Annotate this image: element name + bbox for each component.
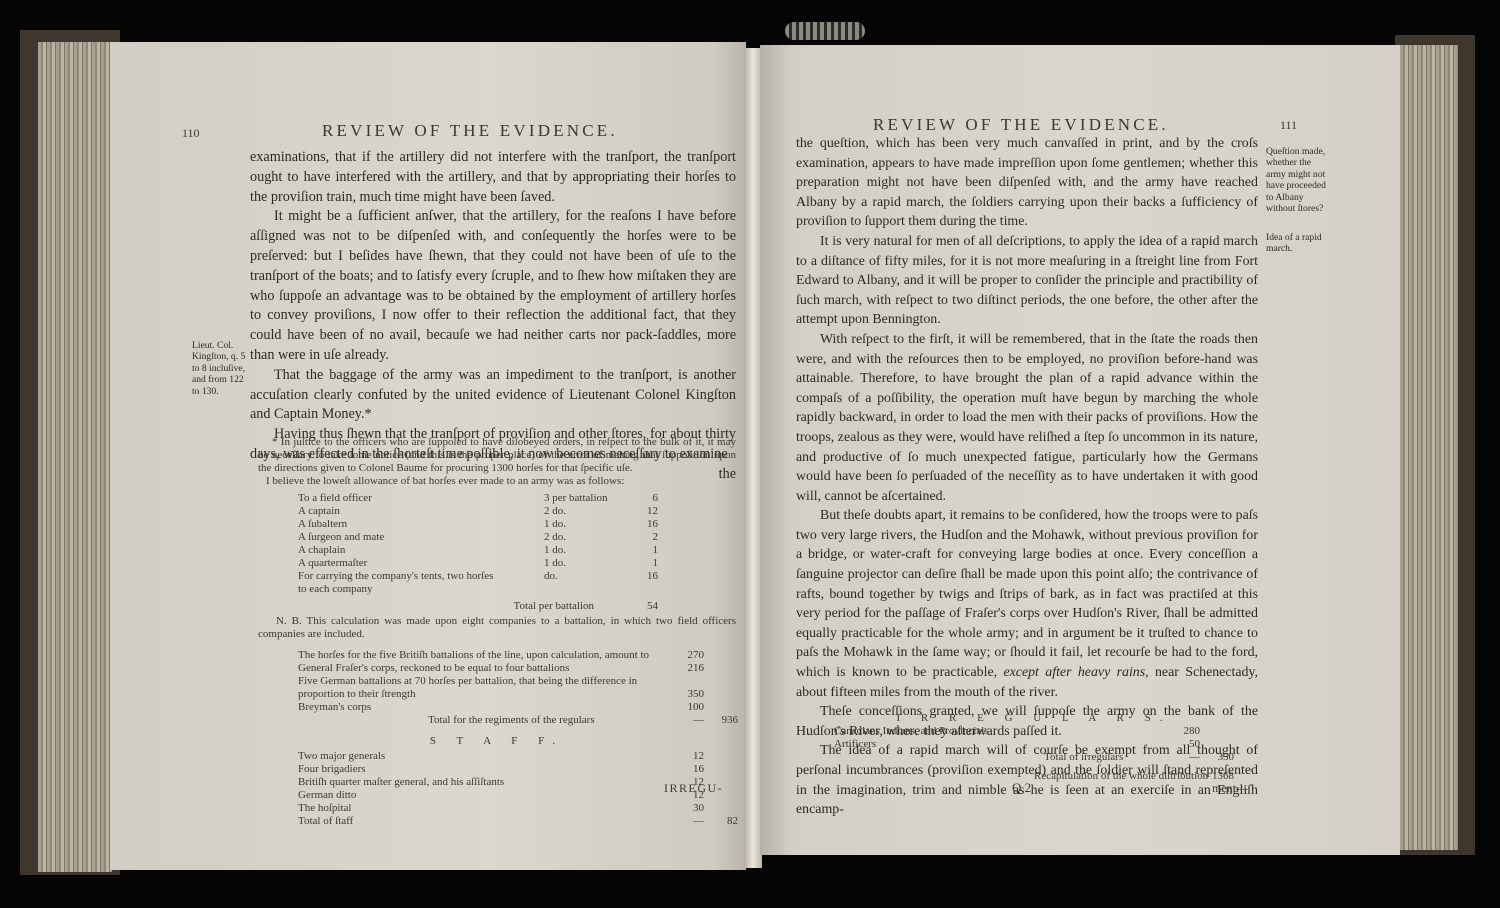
irregulars-block: I R R E G U L A R S. Canadians Indians, … <box>834 712 1234 783</box>
table-row: A quartermaſter1 do.1 <box>298 557 658 570</box>
allowance-table: To a field officer3 per battalion6 A cap… <box>298 492 658 613</box>
table-row: Breyman's corps100 <box>298 701 738 714</box>
paragraph: With reſpect to the firſt, it will be re… <box>796 330 1258 506</box>
footnote-intro2: I believe the loweſt allowance of bat ho… <box>258 475 736 488</box>
recap-row: Recapitulation of the whole diſtribution… <box>834 770 1234 783</box>
paragraph: It might be a ſufficient anſwer, that th… <box>250 207 736 365</box>
total-row: Total of irregulars—350 <box>834 751 1234 764</box>
left-running-head: REVIEW OF THE EVIDENCE. <box>322 121 618 141</box>
italic-phrase: except after heavy rains, <box>1003 665 1148 680</box>
table-row: A captain2 do.12 <box>298 505 658 518</box>
total-row: Total of ſtaff—82 <box>298 815 738 828</box>
signature-mark: Q 2 <box>1012 780 1031 796</box>
table-row: Artificers50 <box>834 738 1234 751</box>
paragraph: That the baggage of the army was an impe… <box>250 366 736 425</box>
right-margin-note-question: Queſtion made, whether the army might no… <box>1266 146 1326 214</box>
table-row: A ſurgeon and mate2 do.2 <box>298 531 658 544</box>
left-catchword: IRREGU- <box>664 781 723 796</box>
table-row: The hoſpital30 <box>298 802 738 815</box>
right-running-head: REVIEW OF THE EVIDENCE. <box>873 115 1169 135</box>
paragraph: But theſe doubts apart, it remains to be… <box>796 506 1258 702</box>
staff-title: S T A F F. <box>258 735 736 748</box>
table-row: For carrying the company's tents, two ho… <box>298 570 658 596</box>
table-row: The horſes for the five Britiſh battalio… <box>298 649 738 662</box>
table-row: Five German battalions at 70 horſes per … <box>298 675 738 701</box>
right-margin-note-rapid-march: Idea of a rapid march. <box>1266 232 1326 255</box>
page-edges-right <box>1400 45 1458 850</box>
paragraph: the queſtion, which has been very much c… <box>796 134 1258 232</box>
left-body-text: examinations, that if the artillery did … <box>250 148 736 485</box>
table-row: A chaplain1 do.1 <box>298 544 658 557</box>
right-catchword: ment— <box>1212 781 1248 796</box>
table-row: Canadians Indians, and Provincials280 <box>834 725 1234 738</box>
table-row: General Fraſer's corps, reckoned to be e… <box>298 662 738 675</box>
page-edges-left <box>38 42 112 872</box>
paragraph: It is very natural for men of all deſcri… <box>796 232 1258 330</box>
total-row: Total for the regiments of the regulars—… <box>298 714 738 727</box>
table-row: To a field officer3 per battalion6 <box>298 492 658 505</box>
paragraph: examinations, that if the artillery did … <box>250 148 736 207</box>
book-clasp <box>785 22 865 40</box>
left-folio: 110 <box>182 126 200 141</box>
regulars-table: The horſes for the five Britiſh battalio… <box>298 649 738 727</box>
left-footnote: * In juſtice to the officers who are ſup… <box>258 436 736 828</box>
table-row: Two major generals12 <box>298 750 738 763</box>
right-folio: 111 <box>1280 118 1297 133</box>
footnote-intro: * In juſtice to the officers who are ſup… <box>258 436 736 475</box>
footnote-nb: N. B. This calculation was made upon eig… <box>258 615 736 641</box>
total-row: Total per battalion54 <box>298 600 658 613</box>
irregulars-title: I R R E G U L A R S. <box>834 712 1234 725</box>
table-row: Four brigadiers16 <box>298 763 738 776</box>
left-margin-note: Lieut. Col. Kingſton, q. 5 to 8 incluſiv… <box>192 340 248 397</box>
table-row: A ſubaltern1 do.16 <box>298 518 658 531</box>
